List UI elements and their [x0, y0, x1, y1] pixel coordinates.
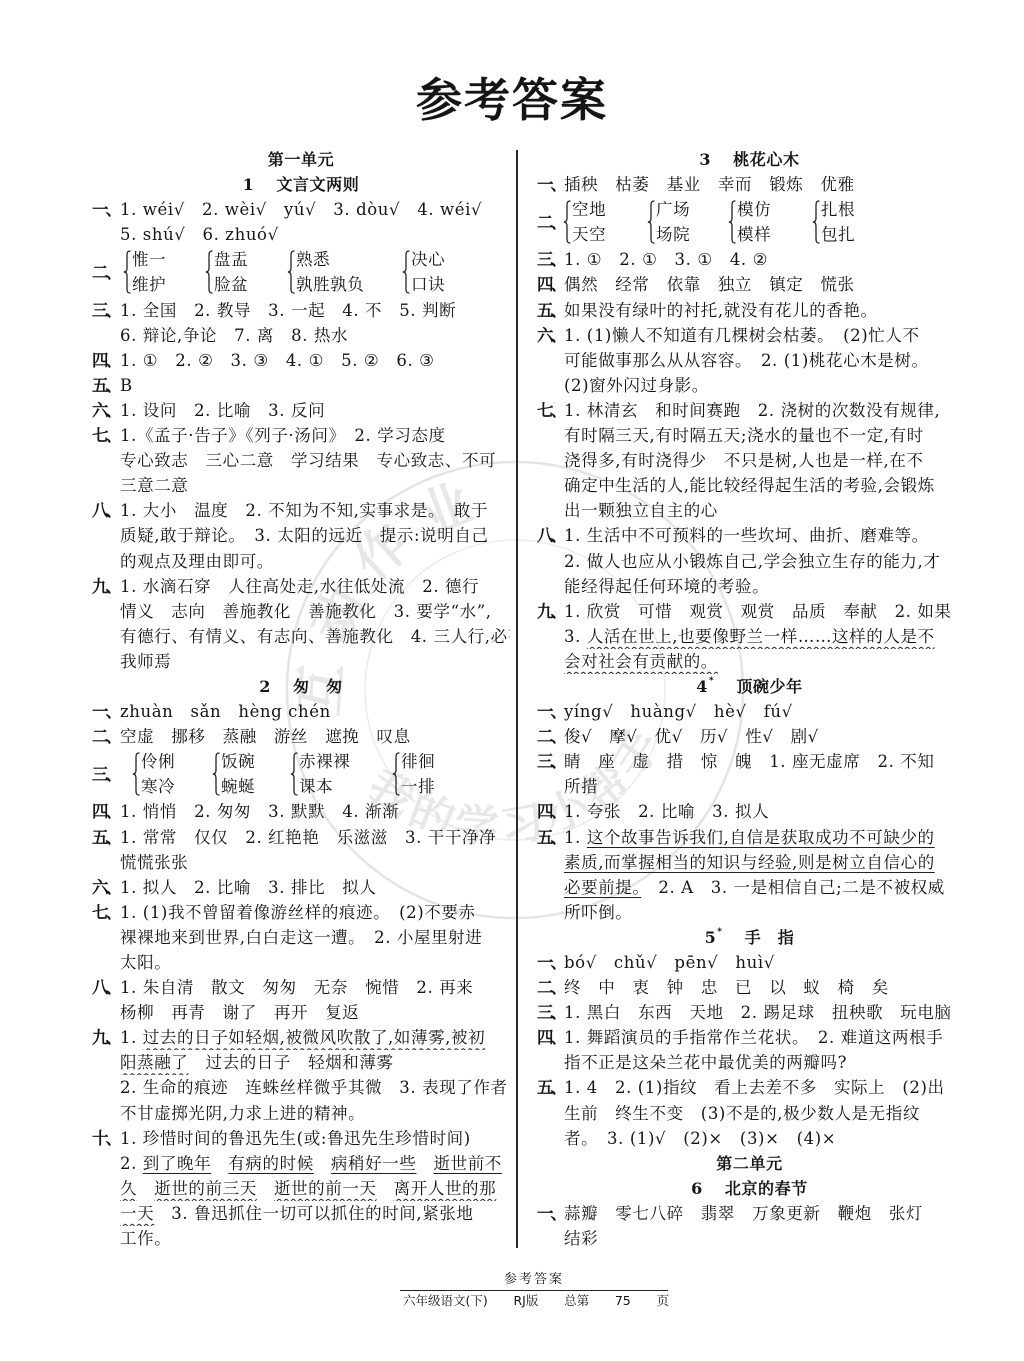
- answer-text: 1. 欣赏 可惜 观赏 观赏 品质 奉献 2. 如果 就: [564, 602, 962, 621]
- answer-text: 情义 志向 善施教化 善施教化 3. 要学“水”,: [120, 602, 492, 621]
- question-number: 八、: [537, 523, 564, 548]
- wavy-underlined-answer: 会对社会有贡献的。: [564, 652, 718, 671]
- word-bottom: 包扎: [821, 222, 855, 247]
- answer-text: 1. 朱自清 散文 匆匆 无奈 惋惜 2. 再来: [120, 978, 473, 997]
- answer-text: 1. 大小 温度 2. 不知为不知,实事求是。 敢于: [120, 501, 488, 520]
- question-number: 三、: [92, 298, 120, 323]
- answer-key-page: 互动作业 我的学习小帮手 参考答案 第一单元 1文言文两则 一、1. wéi√ …: [0, 0, 1024, 1361]
- answer-text: 有时隔三天,有时隔五天;浇水的量也不一定,有时: [564, 426, 924, 445]
- answer-line: 九、1. 欣赏 可惜 观赏 观赏 品质 奉献 2. 如果 就: [537, 599, 962, 624]
- answer-line: 情义 志向 善施教化 善施教化 3. 要学“水”,: [92, 599, 510, 624]
- answer-text: 太阳。: [120, 953, 171, 972]
- answer-line: 阳蒸融了 过去的日子 轻烟和薄雾: [92, 1050, 510, 1075]
- answer-line: 指不正是这朵兰花中最优美的两瓣吗?: [537, 1050, 962, 1075]
- answer-text: bó√ chǔ√ pēn√ huì√: [564, 953, 775, 972]
- answer-text: 1. (1)我不曾留着像游丝样的痕迹。 (2)不要赤: [120, 903, 476, 922]
- answer-line: 能经得起任何环境的考验。: [537, 574, 962, 599]
- answer-line: 工作。: [92, 1226, 510, 1251]
- answer-text: 浇得多,有时浇得少 不只是树,人也是一样,在不: [564, 451, 924, 470]
- answer-line: 3. 人活在世上,也要像野兰一样……这样的人是不: [537, 624, 962, 649]
- underlined-answer: 素质,而掌握相当的知识与经验,则是树立自信心的: [564, 853, 935, 872]
- brace-icon: [132, 751, 140, 797]
- answer-line: 生前 终生不变 (3)不是的,极少数人是无指纹: [537, 1101, 962, 1126]
- answer-line: 三、1. ① 2. ① 3. ① 4. ②: [537, 247, 962, 272]
- underlined-answer: 到了晚年: [143, 1154, 211, 1173]
- footer-edition: RJ版: [513, 1293, 538, 1309]
- answer-text: 慌慌张张: [120, 853, 188, 872]
- lesson-heading: 2匆 匆: [92, 674, 510, 699]
- question-number: 九、: [537, 599, 564, 624]
- answer-text: 空虚 挪移 蒸融 游丝 遮挽 叹息: [120, 727, 411, 746]
- answer-line: 五、B: [92, 373, 510, 398]
- answer-text: 质疑,敢于辩论。 3. 太阳的远近 提示:说明自己: [120, 526, 489, 545]
- brace-icon: [205, 249, 213, 295]
- answer-line: 一、yíng√ huàng√ hè√ fú√: [537, 699, 962, 724]
- answer-text: 3.: [564, 627, 587, 646]
- answer-text: 生前 终生不变 (3)不是的,极少数人是无指纹: [564, 1104, 920, 1123]
- word-pair: 盘盂脸盆: [205, 247, 287, 297]
- lesson-number: 5: [705, 928, 717, 947]
- answer-text: 插秧 枯萎 基业 幸而 锻炼 优雅: [564, 175, 855, 194]
- brace-icon: [812, 199, 820, 245]
- question-number: 二、: [92, 260, 120, 285]
- answer-line: 者。 3. (1)√ (2)× (3)× (4)×: [537, 1126, 962, 1151]
- answer-line: 所吓倒。: [537, 900, 962, 925]
- answer-text: 杨柳 再青 谢了 再开 复返: [120, 1003, 359, 1022]
- question-number: 五、: [537, 825, 564, 850]
- underlined-answer: 这个故事告诉我们,自信是获取成功不可缺少的: [587, 828, 935, 847]
- answer-text: 2. 生命的痕迹 连蛛丝样微乎其微 3. 表现了作者: [120, 1078, 508, 1097]
- answer-line: 十、1. 珍惜时间的鲁迅先生(或:鲁迅先生珍惜时间): [92, 1126, 510, 1151]
- answer-line: 专心致志 三心二意 学习结果 专心致志、不可: [92, 448, 510, 473]
- unit-heading: 第二单元: [537, 1151, 962, 1176]
- answer-text: (2)窗外闪过身影。: [564, 376, 709, 395]
- lesson-heading: 3桃花心木: [537, 147, 962, 172]
- lesson-number: 1: [243, 175, 255, 194]
- lesson-heading: 1文言文两则: [92, 172, 510, 197]
- question-number: 四、: [92, 348, 120, 373]
- answer-text: 结彩: [564, 1229, 598, 1248]
- answer-text: 俊√ 摩√ 优√ 历√ 性√ 剧√: [564, 727, 819, 746]
- footer-info: 六年级语文(下) RJ版 总第 75 页: [403, 1293, 669, 1309]
- word-pair: 广场场院: [647, 197, 728, 247]
- answer-line: 三意二意: [92, 473, 510, 498]
- answer-line: 质疑,敢于辩论。 3. 太阳的远近 提示:说明自己: [92, 523, 510, 548]
- answer-line: 必要前提。 2. A 3. 一是相信自己;二是不被权威: [537, 875, 962, 900]
- word-pair: 惟一维护: [123, 247, 205, 297]
- answer-line: 四、1. 夸张 2. 比喻 3. 拟人: [537, 799, 962, 824]
- answer-line: 素质,而掌握相当的知识与经验,则是树立自信心的: [537, 850, 962, 875]
- answer-text: 所吓倒。: [564, 903, 632, 922]
- answer-line: 一天 3. 鲁迅抓住一切可以抓住的时间,紧张地: [92, 1201, 510, 1226]
- answer-text: 指不正是这朵兰花中最优美的两瓣吗?: [564, 1053, 847, 1072]
- answer-line: 2. 到了晚年 有病的时候 病稍好一些 逝世前不: [92, 1151, 510, 1176]
- answer-text: 工作。: [120, 1229, 171, 1248]
- answer-line: 九、1. 水滴石穿 人往高处走,水往低处流 2. 德行: [92, 574, 510, 599]
- answer-text: 1. 悄悄 2. 匆匆 3. 默默 4. 渐渐: [120, 802, 399, 821]
- spacer: [257, 1179, 274, 1198]
- question-number: 一、: [537, 950, 564, 975]
- brace-icon: [212, 751, 220, 797]
- lesson-title: 桃花心木: [733, 150, 799, 169]
- answer-line: 四、1. 舞蹈演员的手指常作兰花状。 2. 难道这两根手: [537, 1025, 962, 1050]
- answer-line: 一、bó√ chǔ√ pēn√ huì√: [537, 950, 962, 975]
- word-top: 惟一: [132, 247, 166, 272]
- answer-line: 出一颗独立自主的心: [537, 498, 962, 523]
- answer-text: 2.: [120, 1154, 143, 1173]
- word-pair: 扎根包扎: [812, 197, 855, 247]
- question-number: 七、: [537, 398, 564, 423]
- word-pair: 徘徊一排: [392, 749, 435, 799]
- bracket-answer-row: 二、 惟一维护 盘盂脸盆 熟悉孰胜孰负 决心口诀: [92, 247, 510, 297]
- answer-text: 1. 林清玄 和时间赛跑 2. 浇树的次数没有规律,: [564, 401, 940, 420]
- answer-text: 终 中 衷 钟 忠 已 以 蚁 椅 矣: [564, 978, 889, 997]
- underlined-answer: 有病的时候: [228, 1154, 314, 1173]
- spacer: [314, 1154, 331, 1173]
- answer-text: 的观点及理由即可。: [120, 552, 274, 571]
- answer-text: 1. 水滴石穿 人往高处走,水往低处流 2. 德行: [120, 577, 479, 596]
- question-number: 六、: [537, 323, 564, 348]
- answer-line: 六、1. 设问 2. 比喻 3. 反问: [92, 398, 510, 423]
- answer-text: 过去的日子 轻烟和薄雾: [188, 1053, 393, 1072]
- answer-text: 1.: [564, 828, 587, 847]
- word-bottom: 模样: [737, 222, 771, 247]
- answer-line: (2)窗外闪过身影。: [537, 373, 962, 398]
- answer-line: 一、1. wéi√ 2. wèi√ yú√ 3. dòu√ 4. wéi√: [92, 197, 510, 222]
- footer-book: 六年级语文(下): [403, 1293, 488, 1309]
- spacer: [416, 1154, 433, 1173]
- answer-text: 1. ① 2. ② 3. ③ 4. ① 5. ② 6. ③: [120, 351, 435, 370]
- lesson-number: 6: [691, 1179, 703, 1198]
- question-number: 八、: [92, 498, 120, 523]
- answer-line: 二、终 中 衷 钟 忠 已 以 蚁 椅 矣: [537, 975, 962, 1000]
- question-number: 九、: [92, 1025, 120, 1050]
- word-pair: 决心口诀: [402, 247, 445, 297]
- answer-line: 结彩: [537, 1226, 962, 1251]
- word-top: 赤裸裸: [299, 749, 350, 774]
- answer-line: 五、如果没有绿叶的衬托,就没有花儿的香艳。: [537, 298, 962, 323]
- answer-text: 三意二意: [120, 476, 188, 495]
- word-top: 空地: [572, 197, 606, 222]
- answer-line: 六、1. 拟人 2. 比喻 3. 排比 拟人: [92, 875, 510, 900]
- answer-text: 1. 夸张 2. 比喻 3. 拟人: [564, 802, 769, 821]
- answer-line: 所措: [537, 774, 962, 799]
- word-bottom: 课本: [299, 774, 350, 799]
- answer-line: 九、1. 过去的日子如轻烟,被微风吹散了,如薄雾,被初: [92, 1025, 510, 1050]
- wavy-underlined-answer: 离开人世的那: [394, 1179, 497, 1198]
- brace-icon: [563, 199, 571, 245]
- question-number: 三、: [537, 749, 564, 774]
- question-number: 五、: [92, 373, 120, 398]
- answer-text: 偶然 经常 依靠 独立 镇定 慌张: [564, 275, 855, 294]
- wavy-underlined-answer: 阳蒸融了: [120, 1053, 188, 1072]
- answer-text: 能经得起任何环境的考验。: [564, 577, 769, 596]
- question-number: 一、: [537, 1201, 564, 1226]
- brace-icon: [647, 199, 655, 245]
- answer-line: 四、偶然 经常 依靠 独立 镇定 慌张: [537, 272, 962, 297]
- word-pair: 饭碗蜿蜒: [212, 749, 290, 799]
- brace-icon: [402, 249, 410, 295]
- answer-line: 七、1.《孟子·告子》《列子·汤问》 2. 学习态度: [92, 423, 510, 448]
- answer-text: 1. wéi√ 2. wèi√ yú√ 3. dòu√ 4. wéi√: [120, 200, 482, 219]
- column-divider: [516, 150, 518, 1248]
- question-number: 一、: [537, 699, 564, 724]
- optional-lesson-mark: *: [717, 927, 722, 937]
- lesson-title: 匆 匆: [293, 677, 343, 696]
- word-bottom: 一排: [401, 774, 435, 799]
- answer-line: 一、插秧 枯萎 基业 幸而 锻炼 优雅: [537, 172, 962, 197]
- answer-text: 2. 做人也应从小锻炼自己,学会独立生存的能力,才: [564, 552, 940, 571]
- answer-text: 1.: [120, 1028, 143, 1047]
- question-number: 三、: [537, 1000, 564, 1025]
- answer-line: 五、1. 4 2. (1)指纹 看上去差不多 实际上 (2)出: [537, 1075, 962, 1100]
- answer-line: 会对社会有贡献的。: [537, 649, 962, 674]
- answer-text: 5. shú√ 6. zhuó√: [120, 225, 279, 244]
- answer-line: 的观点及理由即可。: [92, 549, 510, 574]
- wavy-underlined-answer: 过去的日子如轻烟,被微风吹散了,如薄雾,被初: [143, 1028, 485, 1047]
- question-number: 五、: [537, 298, 564, 323]
- answer-text: 我师焉: [120, 652, 171, 671]
- answer-text: 所措: [564, 777, 598, 796]
- answer-line: 五、1. 这个故事告诉我们,自信是获取成功不可缺少的: [537, 825, 962, 850]
- answer-text: 1. 全国 2. 教导 3. 一起 4. 不 5. 判断: [120, 301, 456, 320]
- answer-line: 三、1. 全国 2. 教导 3. 一起 4. 不 5. 判断: [92, 298, 510, 323]
- wavy-underlined-answer: 逝世的前一天: [274, 1179, 377, 1198]
- answer-text: 1. 常常 仅仅 2. 红艳艳 乐滋滋 3. 干干净净: [120, 828, 496, 847]
- answer-text: 裸裸地来到世界,白白走这一遭。 2. 小屋里射进: [120, 928, 482, 947]
- question-number: 一、: [537, 172, 564, 197]
- spacer: [377, 1179, 394, 1198]
- question-number: 八、: [92, 975, 120, 1000]
- answer-line: 八、1. 生活中不可预料的一些坎坷、曲折、磨难等。: [537, 523, 962, 548]
- optional-lesson-mark: *: [709, 676, 714, 686]
- answer-text: yíng√ huàng√ hè√ fú√: [564, 702, 793, 721]
- brace-icon: [290, 751, 298, 797]
- word-top: 扎根: [821, 197, 855, 222]
- right-column: 3桃花心木 一、插秧 枯萎 基业 幸而 锻炼 优雅 二、 空地天空 广场场院 模…: [537, 147, 962, 1251]
- lesson-heading: 4*顶碗少年: [537, 674, 962, 699]
- question-number: 四、: [537, 272, 564, 297]
- word-top: 广场: [656, 197, 690, 222]
- footer-page-prefix: 总第: [564, 1293, 589, 1309]
- question-number: 三、: [537, 247, 564, 272]
- answer-line: 二、俊√ 摩√ 优√ 历√ 性√ 剧√: [537, 724, 962, 749]
- word-top: 盘盂: [214, 247, 248, 272]
- word-pair: 赤裸裸课本: [290, 749, 392, 799]
- answer-line: 确定中生活的人,能比较经得起生活的考验,会锻炼: [537, 473, 962, 498]
- answer-text: 出一颗独立自主的心: [564, 501, 718, 520]
- footer-page-number: 75: [615, 1293, 631, 1309]
- answer-line: 七、1. 林清玄 和时间赛跑 2. 浇树的次数没有规律,: [537, 398, 962, 423]
- answer-text: 确定中生活的人,能比较经得起生活的考验,会锻炼: [564, 476, 935, 495]
- answer-text: 睛 座 虚 措 惊 魄 1. 座无虚席 2. 不知: [564, 752, 934, 771]
- answer-text: 1. 设问 2. 比喻 3. 反问: [120, 401, 325, 420]
- unit-heading: 第一单元: [92, 147, 510, 172]
- question-number: 一、: [92, 699, 120, 724]
- brace-icon: [287, 249, 295, 295]
- answer-line: 二、空虚 挪移 蒸融 游丝 遮挽 叹息: [92, 724, 510, 749]
- answer-line: 2. 做人也应从小锻炼自己,学会独立生存的能力,才: [537, 549, 962, 574]
- question-number: 四、: [537, 1025, 564, 1050]
- answer-text: 1. 拟人 2. 比喻 3. 排比 拟人: [120, 878, 376, 897]
- question-number: 二、: [537, 724, 564, 749]
- answer-line: 有时隔三天,有时隔五天;浇水的量也不一定,有时: [537, 423, 962, 448]
- question-number: 九、: [92, 574, 120, 599]
- answer-line: 我师焉: [92, 649, 510, 674]
- lesson-title: 北京的春节: [725, 1179, 808, 1198]
- answer-line: 5. shú√ 6. zhuó√: [92, 222, 510, 247]
- word-bottom: 孰胜孰负: [296, 272, 364, 297]
- question-number: 六、: [92, 875, 120, 900]
- answer-line: 四、1. ① 2. ② 3. ③ 4. ① 5. ② 6. ③: [92, 348, 510, 373]
- answer-line: 八、1. 大小 温度 2. 不知为不知,实事求是。 敢于: [92, 498, 510, 523]
- question-number: 四、: [92, 799, 120, 824]
- answer-text: 如果没有绿叶的衬托,就没有花儿的香艳。: [564, 301, 878, 320]
- answer-text: 者。 3. (1)√ (2)× (3)× (4)×: [564, 1129, 836, 1148]
- answer-text: 2. A 3. 一是相信自己;二是不被权威: [641, 878, 945, 897]
- question-number: 二、: [537, 210, 564, 235]
- question-number: 五、: [537, 1075, 564, 1100]
- answer-line: 裸裸地来到世界,白白走这一遭。 2. 小屋里射进: [92, 925, 510, 950]
- word-top: 决心: [411, 247, 445, 272]
- answer-line: 三、睛 座 虚 措 惊 魄 1. 座无虚席 2. 不知: [537, 749, 962, 774]
- lesson-heading: 6北京的春节: [537, 1176, 962, 1201]
- lesson-number: 2: [259, 677, 271, 696]
- answer-line: 一、蒜瓣 零七八碎 翡翠 万象更新 鞭炮 张灯: [537, 1201, 962, 1226]
- word-top: 熟悉: [296, 247, 364, 272]
- answer-text: 蒜瓣 零七八碎 翡翠 万象更新 鞭炮 张灯: [564, 1204, 923, 1223]
- footer-rule: [400, 1290, 668, 1291]
- question-number: 七、: [92, 900, 120, 925]
- spacer: [211, 1154, 228, 1173]
- word-bottom: 脸盆: [214, 272, 248, 297]
- bracket-answer-row: 二、 空地天空 广场场院 模仿模样 扎根包扎: [537, 197, 962, 247]
- lesson-title: 手 指: [745, 928, 795, 947]
- word-bottom: 口诀: [411, 272, 445, 297]
- word-pair: 空地天空: [563, 197, 647, 247]
- wavy-underlined-answer: 一天: [120, 1204, 154, 1223]
- answer-text: 有德行、有情义、有志向、善施教化 4. 三人行,必有: [120, 627, 510, 646]
- left-column: 第一单元 1文言文两则 一、1. wéi√ 2. wèi√ yú√ 3. dòu…: [92, 147, 510, 1251]
- answer-line: 八、1. 朱自清 散文 匆匆 无奈 惋惜 2. 再来: [92, 975, 510, 1000]
- page-title: 参考答案: [0, 70, 1024, 130]
- word-bottom: 维护: [132, 272, 166, 297]
- question-number: 七、: [92, 423, 120, 448]
- word-top: 徘徊: [401, 749, 435, 774]
- answer-line: 慌慌张张: [92, 850, 510, 875]
- answer-line: 浇得多,有时浇得少 不只是树,人也是一样,在不: [537, 448, 962, 473]
- answer-text: 1.《孟子·告子》《列子·汤问》 2. 学习态度: [120, 426, 446, 445]
- lesson-number: 4: [696, 677, 708, 696]
- brace-icon: [728, 199, 736, 245]
- answer-line: 可能做事那么从从容容。 2. (1)桃花心木是树。: [537, 348, 962, 373]
- question-number: 五、: [92, 825, 120, 850]
- answer-text: 可能做事那么从从容容。 2. (1)桃花心木是树。: [564, 351, 929, 370]
- answer-line: 久 逝世的前三天 逝世的前一天 离开人世的那: [92, 1176, 510, 1201]
- wavy-underlined-answer: 人活在世上,也要像野兰一样……这样的人是不: [587, 627, 935, 646]
- word-top: 模仿: [737, 197, 771, 222]
- word-bottom: 蜿蜒: [221, 774, 255, 799]
- underlined-answer: 病稍好一些: [331, 1154, 417, 1173]
- underlined-answer: 逝世前不: [434, 1154, 502, 1173]
- answer-line: 杨柳 再青 谢了 再开 复返: [92, 1000, 510, 1025]
- lesson-number: 3: [699, 150, 711, 169]
- answer-line: 七、1. (1)我不曾留着像游丝样的痕迹。 (2)不要赤: [92, 900, 510, 925]
- answer-line: 太阳。: [92, 950, 510, 975]
- answer-text: 1. 生活中不可预料的一些坎坷、曲折、磨难等。: [564, 526, 929, 545]
- lesson-title: 顶碗少年: [736, 677, 802, 696]
- answer-line: 6. 辩论,争论 7. 离 8. 热水: [92, 323, 510, 348]
- answer-text: 1. 4 2. (1)指纹 看上去差不多 实际上 (2)出: [564, 1078, 945, 1097]
- answer-line: 有德行、有情义、有志向、善施教化 4. 三人行,必有: [92, 624, 510, 649]
- word-bottom: 场院: [656, 222, 690, 247]
- answer-line: 不甘虚掷光阴,力求上进的精神。: [92, 1101, 510, 1126]
- question-number: 四、: [537, 799, 564, 824]
- answer-line: 四、1. 悄悄 2. 匆匆 3. 默默 4. 渐渐: [92, 799, 510, 824]
- word-pair: 模仿模样: [728, 197, 812, 247]
- footer-running-title: 参考答案: [400, 1272, 668, 1288]
- answer-text: 1. (1)懒人不知道有几棵树会枯萎。 (2)忙人不: [564, 326, 920, 345]
- wavy-underlined-answer: 久: [120, 1179, 137, 1198]
- answer-text: 6. 辩论,争论 7. 离 8. 热水: [120, 326, 348, 345]
- answer-line: 2. 生命的痕迹 连蛛丝样微乎其微 3. 表现了作者: [92, 1075, 510, 1100]
- answer-text: zhuàn sǎn hèng chén: [120, 702, 331, 721]
- wavy-underlined-answer: 逝世的前三天: [154, 1179, 257, 1198]
- word-top: 饭碗: [221, 749, 255, 774]
- answer-line: 六、1. (1)懒人不知道有几棵树会枯萎。 (2)忙人不: [537, 323, 962, 348]
- question-number: 一、: [92, 197, 120, 222]
- answer-line: 一、zhuàn sǎn hèng chén: [92, 699, 510, 724]
- question-number: 二、: [92, 724, 120, 749]
- answer-text: 1. 舞蹈演员的手指常作兰花状。 2. 难道这两根手: [564, 1028, 943, 1047]
- answer-line: 五、1. 常常 仅仅 2. 红艳艳 乐滋滋 3. 干干净净: [92, 825, 510, 850]
- question-number: 十、: [92, 1126, 120, 1151]
- question-number: 三、: [92, 762, 120, 787]
- word-top: 伶俐: [141, 749, 175, 774]
- answer-text: 1. ① 2. ① 3. ① 4. ②: [564, 250, 768, 269]
- lesson-title: 文言文两则: [276, 175, 359, 194]
- answer-text: B: [120, 376, 133, 395]
- answer-text: 3. 鲁迅抓住一切可以抓住的时间,紧张地: [154, 1204, 473, 1223]
- word-pair: 熟悉孰胜孰负: [287, 247, 402, 297]
- word-bottom: 天空: [572, 222, 606, 247]
- question-number: 六、: [92, 398, 120, 423]
- answer-text: 专心致志 三心二意 学习结果 专心致志、不可: [120, 451, 496, 470]
- spacer: [137, 1179, 154, 1198]
- answer-text: 1. 黑白 东西 天地 2. 踢足球 扭秧歌 玩电脑: [564, 1003, 952, 1022]
- lesson-heading: 5*手 指: [537, 925, 962, 950]
- underlined-answer: 必要前提。: [564, 878, 641, 897]
- answer-text: 1. 珍惜时间的鲁迅先生(或:鲁迅先生珍惜时间): [120, 1129, 471, 1148]
- answer-line: 三、1. 黑白 东西 天地 2. 踢足球 扭秧歌 玩电脑: [537, 1000, 962, 1025]
- bracket-answer-row: 三、 伶俐寒冷 饭碗蜿蜒 赤裸裸课本 徘徊一排: [92, 749, 510, 799]
- question-number: 二、: [537, 975, 564, 1000]
- brace-icon: [123, 249, 131, 295]
- brace-icon: [392, 751, 400, 797]
- footer-page-suffix: 页: [656, 1293, 669, 1309]
- word-pair: 伶俐寒冷: [132, 749, 212, 799]
- answer-text: 不甘虚掷光阴,力求上进的精神。: [120, 1104, 365, 1123]
- word-bottom: 寒冷: [141, 774, 175, 799]
